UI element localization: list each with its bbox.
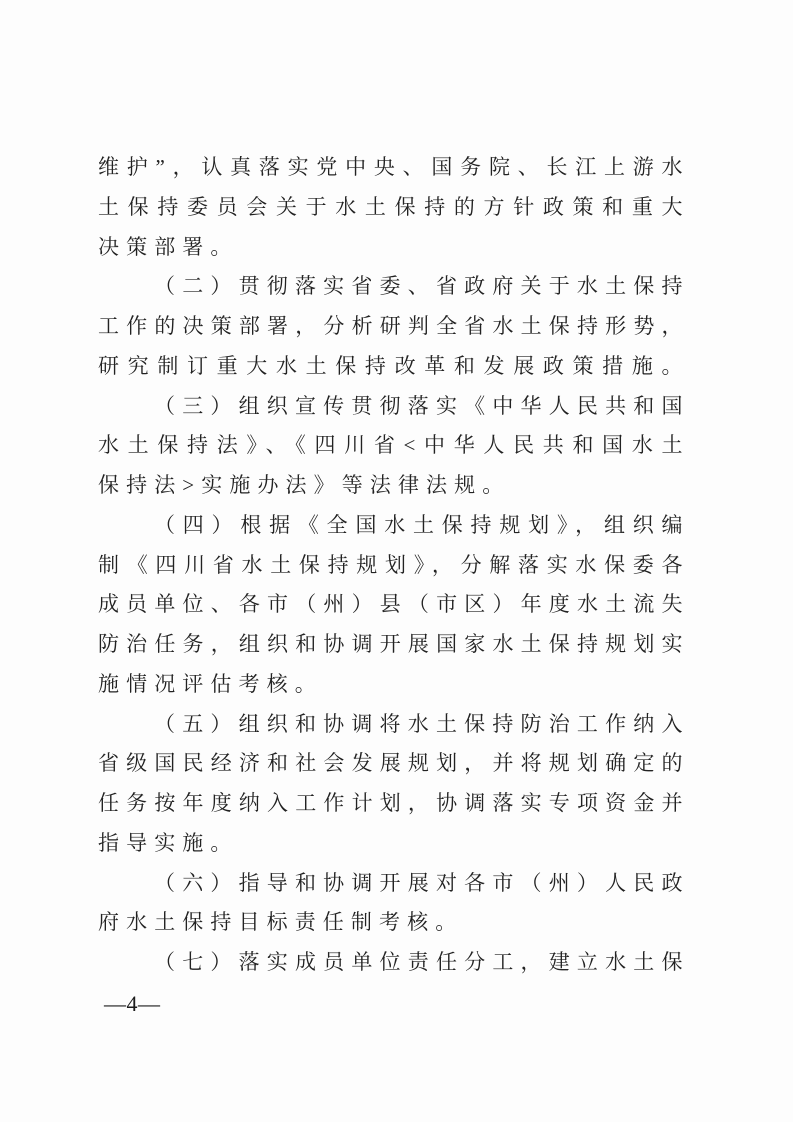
paragraph-3: （三）组织宣传贯彻落实《中华人民共和国 水土保持法》、《四川省<中华人民共和国水… [98,387,689,506]
text-line: （六）指导和协调开展对各市（州）人民政 [98,864,689,904]
text-line: 工作的决策部署，分析研判全省水土保持形势， [98,307,689,347]
text-line: 研究制订重大水土保持改革和发展政策措施。 [98,347,689,387]
text-line: 府水土保持目标责任制考核。 [98,903,689,943]
page-number: —4— [104,990,161,1018]
text-line: 成员单位、各市（州）县（市区）年度水土流失 [98,585,689,625]
text-line: （七）落实成员单位责任分工，建立水土保 [98,943,689,983]
text-line: 维护”，认真落实党中央、国务院、长江上游水 [98,148,689,188]
text-line: 省级国民经济和社会发展规划，并将规划确定的 [98,744,689,784]
text-line: 决策部署。 [98,228,689,268]
text-line: 保持法>实施办法》等法律法规。 [98,466,689,506]
text-line: （五）组织和协调将水土保持防治工作纳入 [98,705,689,745]
paragraph-2: （二）贯彻落实省委、省政府关于水土保持 工作的决策部署，分析研判全省水土保持形势… [98,267,689,386]
text-line: 指导实施。 [98,824,689,864]
text-line: 土保持委员会关于水土保持的方针政策和重大 [98,188,689,228]
text-line: 制《四川省水土保持规划》，分解落实水保委各 [98,546,689,586]
text-line: 施情况评估考核。 [98,665,689,705]
paragraph-5: （五）组织和协调将水土保持防治工作纳入 省级国民经济和社会发展规划，并将规划确定… [98,705,689,864]
text-line: （二）贯彻落实省委、省政府关于水土保持 [98,267,689,307]
text-line: 水土保持法》、《四川省<中华人民共和国水土 [98,426,689,466]
paragraph-1: 维护”，认真落实党中央、国务院、长江上游水 土保持委员会关于水土保持的方针政策和… [98,148,689,267]
text-line: （三）组织宣传贯彻落实《中华人民共和国 [98,387,689,427]
paragraph-4: （四）根据《全国水土保持规划》，组织编 制《四川省水土保持规划》，分解落实水保委… [98,506,689,705]
text-line: 防治任务，组织和协调开展国家水土保持规划实 [98,625,689,665]
text-line: 任务按年度纳入工作计划，协调落实专项资金并 [98,784,689,824]
paragraph-7: （七）落实成员单位责任分工，建立水土保 [98,943,689,983]
document-body: 维护”，认真落实党中央、国务院、长江上游水 土保持委员会关于水土保持的方针政策和… [98,148,689,983]
text-line: （四）根据《全国水土保持规划》，组织编 [98,506,689,546]
document-page: 维护”，认真落实党中央、国务院、长江上游水 土保持委员会关于水土保持的方针政策和… [0,0,793,1122]
paragraph-6: （六）指导和协调开展对各市（州）人民政 府水土保持目标责任制考核。 [98,864,689,944]
